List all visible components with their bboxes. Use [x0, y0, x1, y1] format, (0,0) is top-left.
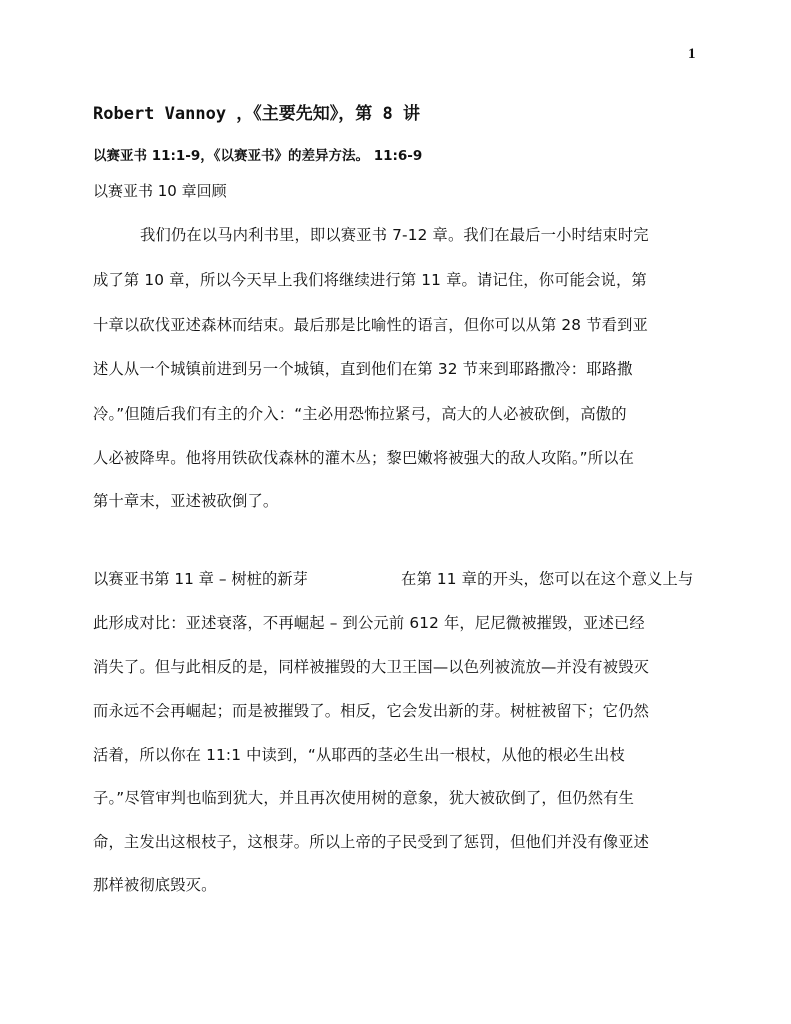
lecture-title: Robert Vannoy ，《主要先知》，第 8 讲: [93, 99, 420, 124]
lecture-subtitle: 以赛亚书 11:1-9，《以赛亚书》的差异方法。 11:6-9: [93, 144, 422, 164]
paragraph-line: 成了第 10 章，所以今天早上我们将继续进行第 11 章。请记住，你可能会说，第: [93, 268, 703, 290]
paragraph-line: 子。”尽管审判也临到犹大，并且再次使用树的意象，犹大被砍倒了，但仍然有生: [93, 786, 703, 808]
paragraph-line: 述人从一个城镇前进到另一个城镇，直到他们在第 32 节来到耶路撒冷：耶路撒: [93, 357, 703, 379]
paragraph-line: 在第 11 章的开头，您可以在这个意义上与: [401, 567, 701, 589]
section-heading-isaiah-10-review: 以赛亚书 10 章回顾: [93, 180, 227, 201]
paragraph-line: 而永远不会再崛起；而是被摧毁了。相反，它会发出新的芽。树桩被留下；它仍然: [93, 699, 703, 721]
paragraph-line: 活着，所以你在 11:1 中读到，“从耶西的茎必生出一根杖，从他的根必生出枝: [93, 743, 703, 765]
paragraph-line: 十章以砍伐亚述森林而结束。最后那是比喻性的语言，但你可以从第 28 节看到亚: [93, 313, 703, 335]
paragraph-line: 冷。”但随后我们有主的介入：“主必用恐怖拉紧弓，高大的人必被砍倒，高傲的: [93, 402, 703, 424]
paragraph-line: 消失了。但与此相反的是，同样被摧毁的大卫王国—以色列被流放—并没有被毁灭: [93, 655, 703, 677]
paragraph-line: 命，主发出这根枝子，这根芽。所以上帝的子民受到了惩罚，但他们并没有像亚述: [93, 830, 703, 852]
paragraph-line: 我们仍在以马内利书里，即以赛亚书 7-12 章。我们在最后一小时结束时完: [140, 223, 750, 245]
paragraph-line: 第十章末，亚述被砍倒了。: [93, 489, 703, 511]
section-heading-isaiah-11: 以赛亚书第 11 章 – 树桩的新芽: [93, 567, 308, 589]
paragraph-line: 人必被降卑。他将用铁砍伐森林的灌木丛；黎巴嫩将被强大的敌人攻陷。”所以在: [93, 446, 703, 468]
paragraph-line: 那样被彻底毁灭。: [93, 873, 703, 895]
page-number: 1: [688, 46, 696, 63]
paragraph-line: 此形成对比：亚述衰落，不再崛起 – 到公元前 612 年，尼尼微被摧毁，亚述已经: [93, 611, 703, 633]
